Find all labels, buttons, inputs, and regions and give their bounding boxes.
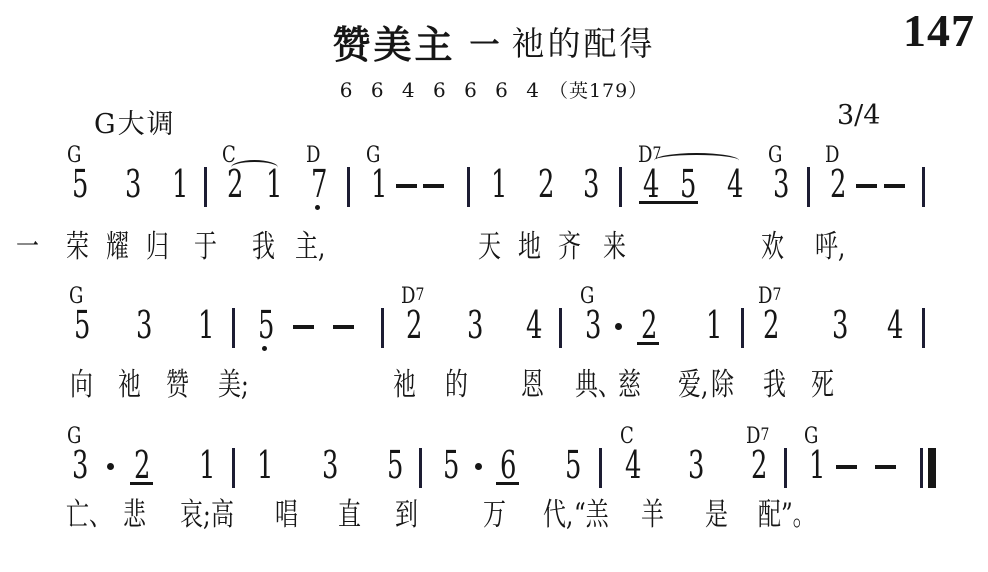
lyric-char: 天 bbox=[478, 230, 501, 266]
lyric-char: 地 bbox=[518, 230, 541, 266]
octave-dot bbox=[315, 205, 320, 210]
chord-label: D bbox=[306, 145, 320, 167]
note: 7 bbox=[311, 165, 327, 203]
lyric-char: 我 bbox=[763, 368, 786, 404]
music-system-3: 3G211355654C32D71G bbox=[0, 427, 988, 501]
lyric-char: 荣 bbox=[66, 230, 89, 266]
score: 5G312C17D1G1234D7543G2D一荣耀归于我主,天地齐来欢呼,5G… bbox=[0, 0, 988, 572]
lyric-char: 呼, bbox=[815, 230, 845, 266]
note: 3 bbox=[832, 306, 848, 344]
chord-label: G bbox=[67, 145, 81, 167]
dot bbox=[615, 323, 622, 330]
octave-dot bbox=[262, 346, 267, 351]
note: 3 bbox=[585, 306, 601, 344]
lyric-char: 是 bbox=[705, 498, 728, 534]
barline bbox=[922, 167, 925, 207]
lyric-char: 我 bbox=[252, 230, 275, 266]
lyric-char: 向 bbox=[70, 368, 93, 404]
note: 4 bbox=[727, 165, 743, 203]
lyric-char: 赞 bbox=[166, 368, 189, 404]
lyric-char: 死 bbox=[811, 368, 834, 404]
note: 1 bbox=[199, 446, 215, 484]
lyric-char: 悲 bbox=[123, 498, 146, 534]
note: 1 bbox=[371, 165, 387, 203]
note: 3 bbox=[583, 165, 599, 203]
note: 2 bbox=[830, 165, 846, 203]
note: 5 bbox=[565, 446, 581, 484]
dash bbox=[884, 184, 905, 188]
note: 1 bbox=[706, 306, 722, 344]
note: 5 bbox=[74, 306, 90, 344]
note: 5 bbox=[443, 446, 459, 484]
note: 5 bbox=[258, 306, 274, 344]
note: 3 bbox=[773, 165, 789, 203]
lyric-char: 美; bbox=[218, 368, 249, 404]
lyric-char: 来 bbox=[603, 230, 626, 266]
note: 1 bbox=[198, 306, 214, 344]
note: 2 bbox=[538, 165, 554, 203]
note: 2 bbox=[751, 446, 767, 484]
lyric-char: 祂 bbox=[118, 368, 141, 404]
note: 2 bbox=[641, 306, 657, 344]
lyric-char: 万 bbox=[483, 498, 506, 534]
note: 5 bbox=[387, 446, 403, 484]
lyric-char: 的 bbox=[445, 368, 468, 404]
chord-seventh: 7 bbox=[772, 285, 781, 305]
lyric-char: 一 bbox=[16, 230, 39, 266]
lyric-char: 祂 bbox=[393, 368, 416, 404]
slur bbox=[231, 160, 278, 175]
chord-label: G bbox=[366, 145, 380, 167]
lyric-char: 代, bbox=[543, 498, 573, 534]
beam-underline bbox=[496, 482, 519, 485]
chord-label: D7 bbox=[401, 286, 424, 308]
barline bbox=[467, 167, 470, 207]
barline bbox=[347, 167, 350, 207]
note: 3 bbox=[136, 306, 152, 344]
lyric-char: 于 bbox=[194, 230, 217, 266]
hymn-sheet: 赞美主一祂的配得 147 6 6 4 6 6 6 4（英179） G大调 3/4… bbox=[0, 0, 988, 572]
final-barline-thick bbox=[928, 448, 936, 488]
note: 3 bbox=[467, 306, 483, 344]
note: 3 bbox=[72, 446, 88, 484]
barline bbox=[741, 308, 744, 348]
lyric-char: 归 bbox=[146, 230, 169, 266]
final-barline-thin bbox=[920, 448, 923, 488]
chord-label: G bbox=[580, 286, 594, 308]
dash bbox=[856, 184, 877, 188]
barline bbox=[381, 308, 384, 348]
lyrics-row-2: 向祂赞美;祂的恩典、慈爱,除我死 bbox=[0, 368, 988, 410]
lyric-char: 齐 bbox=[558, 230, 581, 266]
lyric-char: 恩 bbox=[521, 368, 544, 404]
note: 6 bbox=[500, 446, 516, 484]
music-system-1: 5G312C17D1G1234D7543G2D bbox=[0, 146, 988, 220]
note: 3 bbox=[688, 446, 704, 484]
chord-label: C bbox=[620, 426, 634, 448]
note: 5 bbox=[680, 165, 696, 203]
note: 1 bbox=[172, 165, 188, 203]
dash bbox=[396, 184, 417, 188]
lyric-char: 直 bbox=[338, 498, 361, 534]
chord-label: G bbox=[804, 426, 818, 448]
beam-underline bbox=[637, 342, 659, 345]
lyric-char: 羊 bbox=[641, 498, 664, 534]
lyric-char: 主, bbox=[295, 230, 325, 266]
music-system-2: 5G3152D7343G212D734 bbox=[0, 287, 988, 361]
lyric-char: 配”。 bbox=[758, 498, 816, 534]
lyrics-row-3: 亡、悲哀;高唱直到万代,“羔羊是配”。 bbox=[0, 498, 988, 540]
chord-seventh: 7 bbox=[415, 285, 424, 305]
dash bbox=[423, 184, 444, 188]
note: 1 bbox=[491, 165, 507, 203]
dash bbox=[836, 465, 857, 469]
dash bbox=[875, 465, 896, 469]
note: 4 bbox=[643, 165, 659, 203]
barline bbox=[232, 448, 235, 488]
lyric-char: 典、 bbox=[575, 368, 621, 404]
note: 4 bbox=[887, 306, 903, 344]
barline bbox=[784, 448, 787, 488]
note: 2 bbox=[134, 446, 150, 484]
lyric-char: “羔 bbox=[574, 498, 609, 534]
lyrics-row-1: 一荣耀归于我主,天地齐来欢呼, bbox=[0, 230, 988, 272]
note: 1 bbox=[257, 446, 273, 484]
dash bbox=[293, 325, 314, 329]
note: 4 bbox=[625, 446, 641, 484]
beam-underline bbox=[639, 201, 698, 204]
chord-label: D7 bbox=[758, 286, 781, 308]
note: 5 bbox=[72, 165, 88, 203]
barline bbox=[419, 448, 422, 488]
dot bbox=[107, 463, 114, 470]
barline bbox=[807, 167, 810, 207]
barline bbox=[922, 308, 925, 348]
chord-label: D bbox=[825, 145, 839, 167]
lyric-char: 慈 bbox=[618, 368, 641, 404]
barline bbox=[232, 308, 235, 348]
lyric-char: 哀; bbox=[180, 498, 211, 534]
note: 3 bbox=[125, 165, 141, 203]
chord-label: G bbox=[69, 286, 83, 308]
lyric-char: 唱 bbox=[275, 498, 298, 534]
note: 3 bbox=[322, 446, 338, 484]
note: 4 bbox=[526, 306, 542, 344]
dash bbox=[333, 325, 354, 329]
note: 1 bbox=[809, 446, 825, 484]
chord-label: G bbox=[768, 145, 782, 167]
slur bbox=[654, 153, 739, 168]
lyric-char: 欢 bbox=[761, 230, 784, 266]
barline bbox=[204, 167, 207, 207]
lyric-char: 高 bbox=[211, 498, 234, 534]
lyric-char: 除 bbox=[711, 368, 734, 404]
note: 2 bbox=[406, 306, 422, 344]
barline bbox=[559, 308, 562, 348]
dot bbox=[475, 463, 482, 470]
chord-label: G bbox=[67, 426, 81, 448]
note: 2 bbox=[763, 306, 779, 344]
lyric-char: 耀 bbox=[106, 230, 129, 266]
barline bbox=[619, 167, 622, 207]
lyric-char: 亡、 bbox=[66, 498, 112, 534]
lyric-char: 到 bbox=[395, 498, 418, 534]
lyric-char: 爱, bbox=[678, 368, 708, 404]
beam-underline bbox=[130, 482, 153, 485]
chord-seventh: 7 bbox=[760, 425, 769, 445]
barline bbox=[599, 448, 602, 488]
chord-label: D7 bbox=[746, 426, 769, 448]
